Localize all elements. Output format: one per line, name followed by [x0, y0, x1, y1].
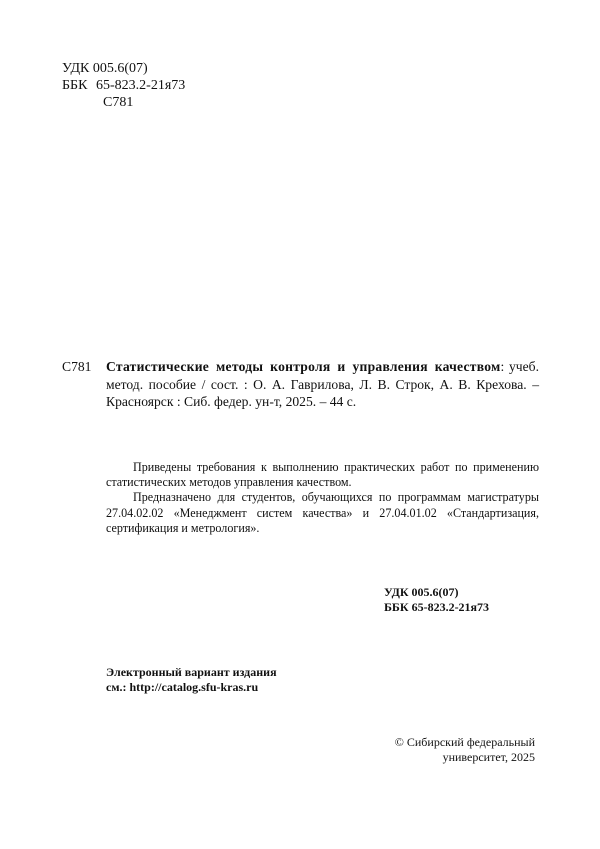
electronic-edition-note: Электронный вариант издания см.: http://… [106, 665, 277, 695]
udk-code-bold: УДК 005.6(07) [384, 585, 489, 600]
document-page: УДК 005.6(07) ББК65-823.2-21я73 С781 С78… [0, 0, 600, 849]
bbk-code-bold: ББК 65-823.2-21я73 [384, 600, 489, 615]
copyright-line-2: университет, 2025 [380, 750, 535, 765]
udk-code: УДК 005.6(07) [62, 60, 185, 77]
classification-codes-footer: УДК 005.6(07) ББК 65-823.2-21я73 [384, 585, 489, 615]
author-mark: С781 [62, 94, 185, 111]
bbk-label: ББК [62, 77, 96, 94]
biblio-author-mark: С781 [62, 358, 91, 376]
electronic-edition-label: Электронный вариант издания [106, 665, 277, 680]
copyright-line-1: © Сибирский федеральный [380, 735, 535, 750]
book-title: Статистические методы контроля и управле… [106, 359, 501, 374]
classification-codes-header: УДК 005.6(07) ББК65-823.2-21я73 С781 [62, 60, 185, 111]
copyright-notice: © Сибирский федеральный университет, 202… [380, 735, 535, 765]
annotation-paragraph: Предназначено для студентов, обучающихся… [106, 490, 539, 536]
annotation: Приведены требования к выполнению практи… [106, 460, 539, 536]
catalog-link: см.: http://catalog.sfu-kras.ru [106, 680, 277, 695]
udk-label: УДК [62, 61, 89, 76]
bibliographic-record: С781 Статистические методы контроля и уп… [62, 358, 539, 411]
udk-value: 005.6(07) [93, 61, 148, 76]
bbk-code: ББК65-823.2-21я73 [62, 77, 185, 94]
biblio-description: Статистические методы контроля и управле… [106, 358, 539, 411]
bbk-value: 65-823.2-21я73 [96, 78, 185, 93]
annotation-paragraph: Приведены требования к выполнению практи… [106, 460, 539, 490]
